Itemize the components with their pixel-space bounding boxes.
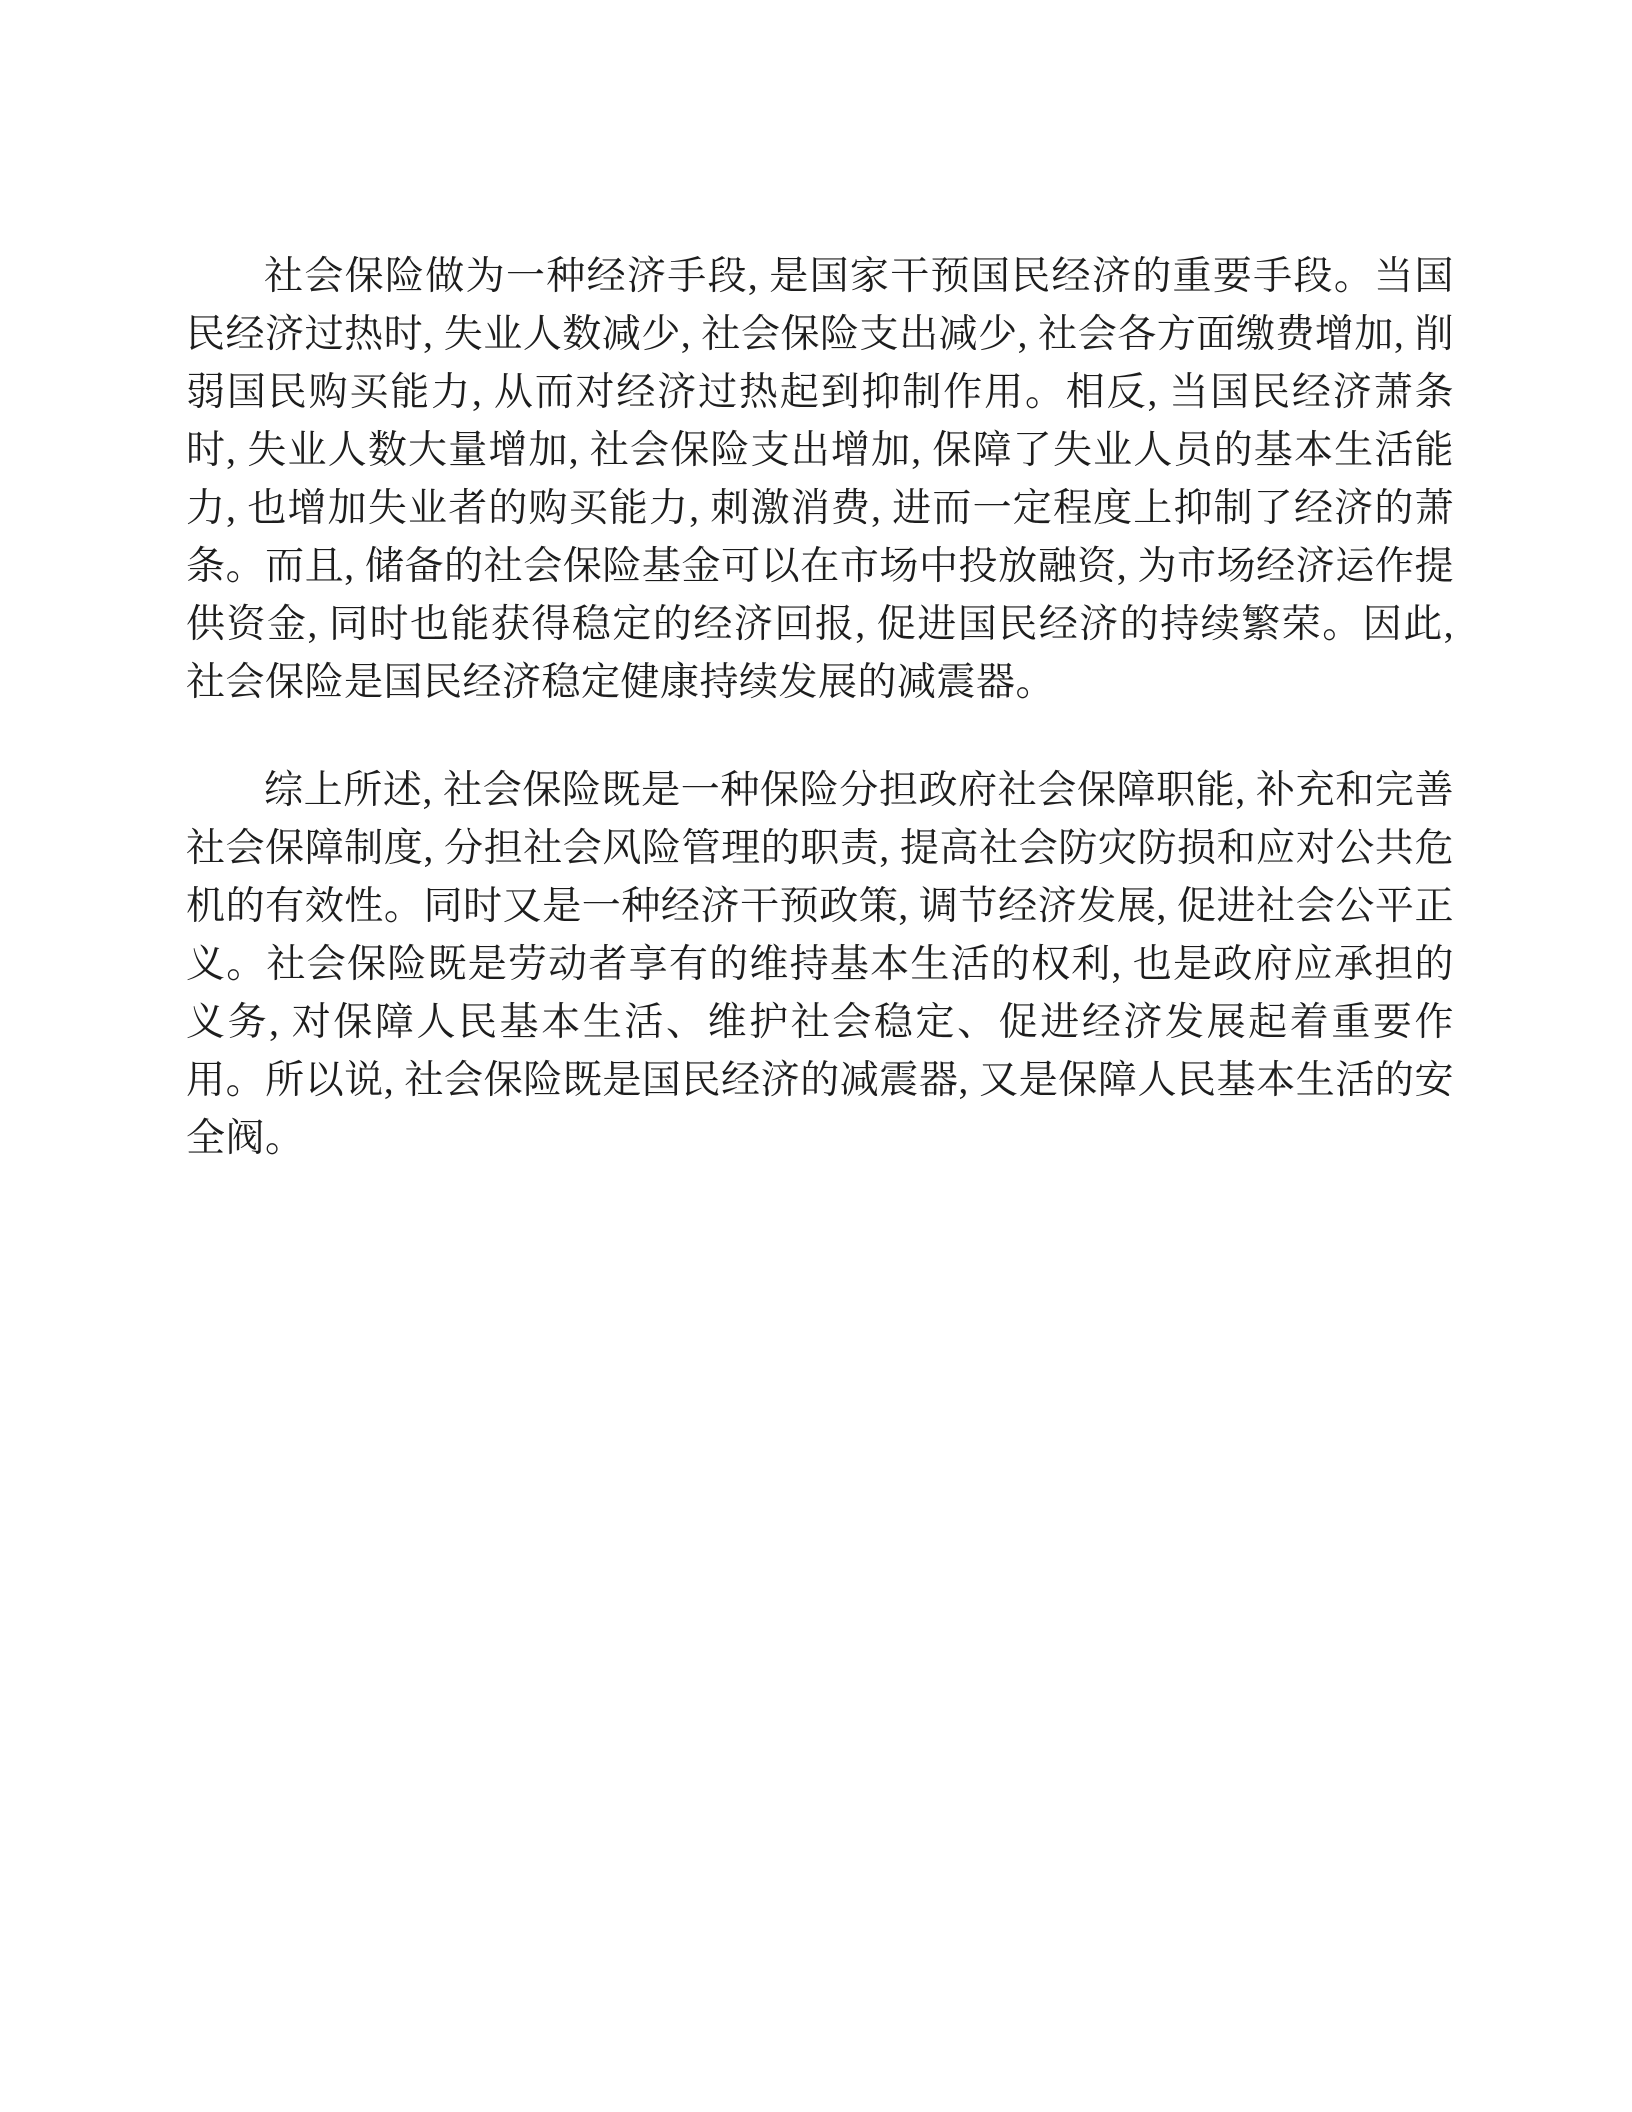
- paragraph-1: 社会保险做为一种经济手段, 是国家干预国民经济的重要手段。当国民经济过热时, 失…: [186, 248, 1454, 712]
- text-block: 社会保险做为一种经济手段, 是国家干预国民经济的重要手段。当国民经济过热时, 失…: [186, 248, 1454, 1218]
- paragraph-2: 综上所述, 社会保险既是一种保险分担政府社会保障职能, 补充和完善社会保障制度,…: [186, 762, 1454, 1168]
- document-page: 社会保险做为一种经济手段, 是国家干预国民经济的重要手段。当国民经济过热时, 失…: [0, 0, 1632, 2112]
